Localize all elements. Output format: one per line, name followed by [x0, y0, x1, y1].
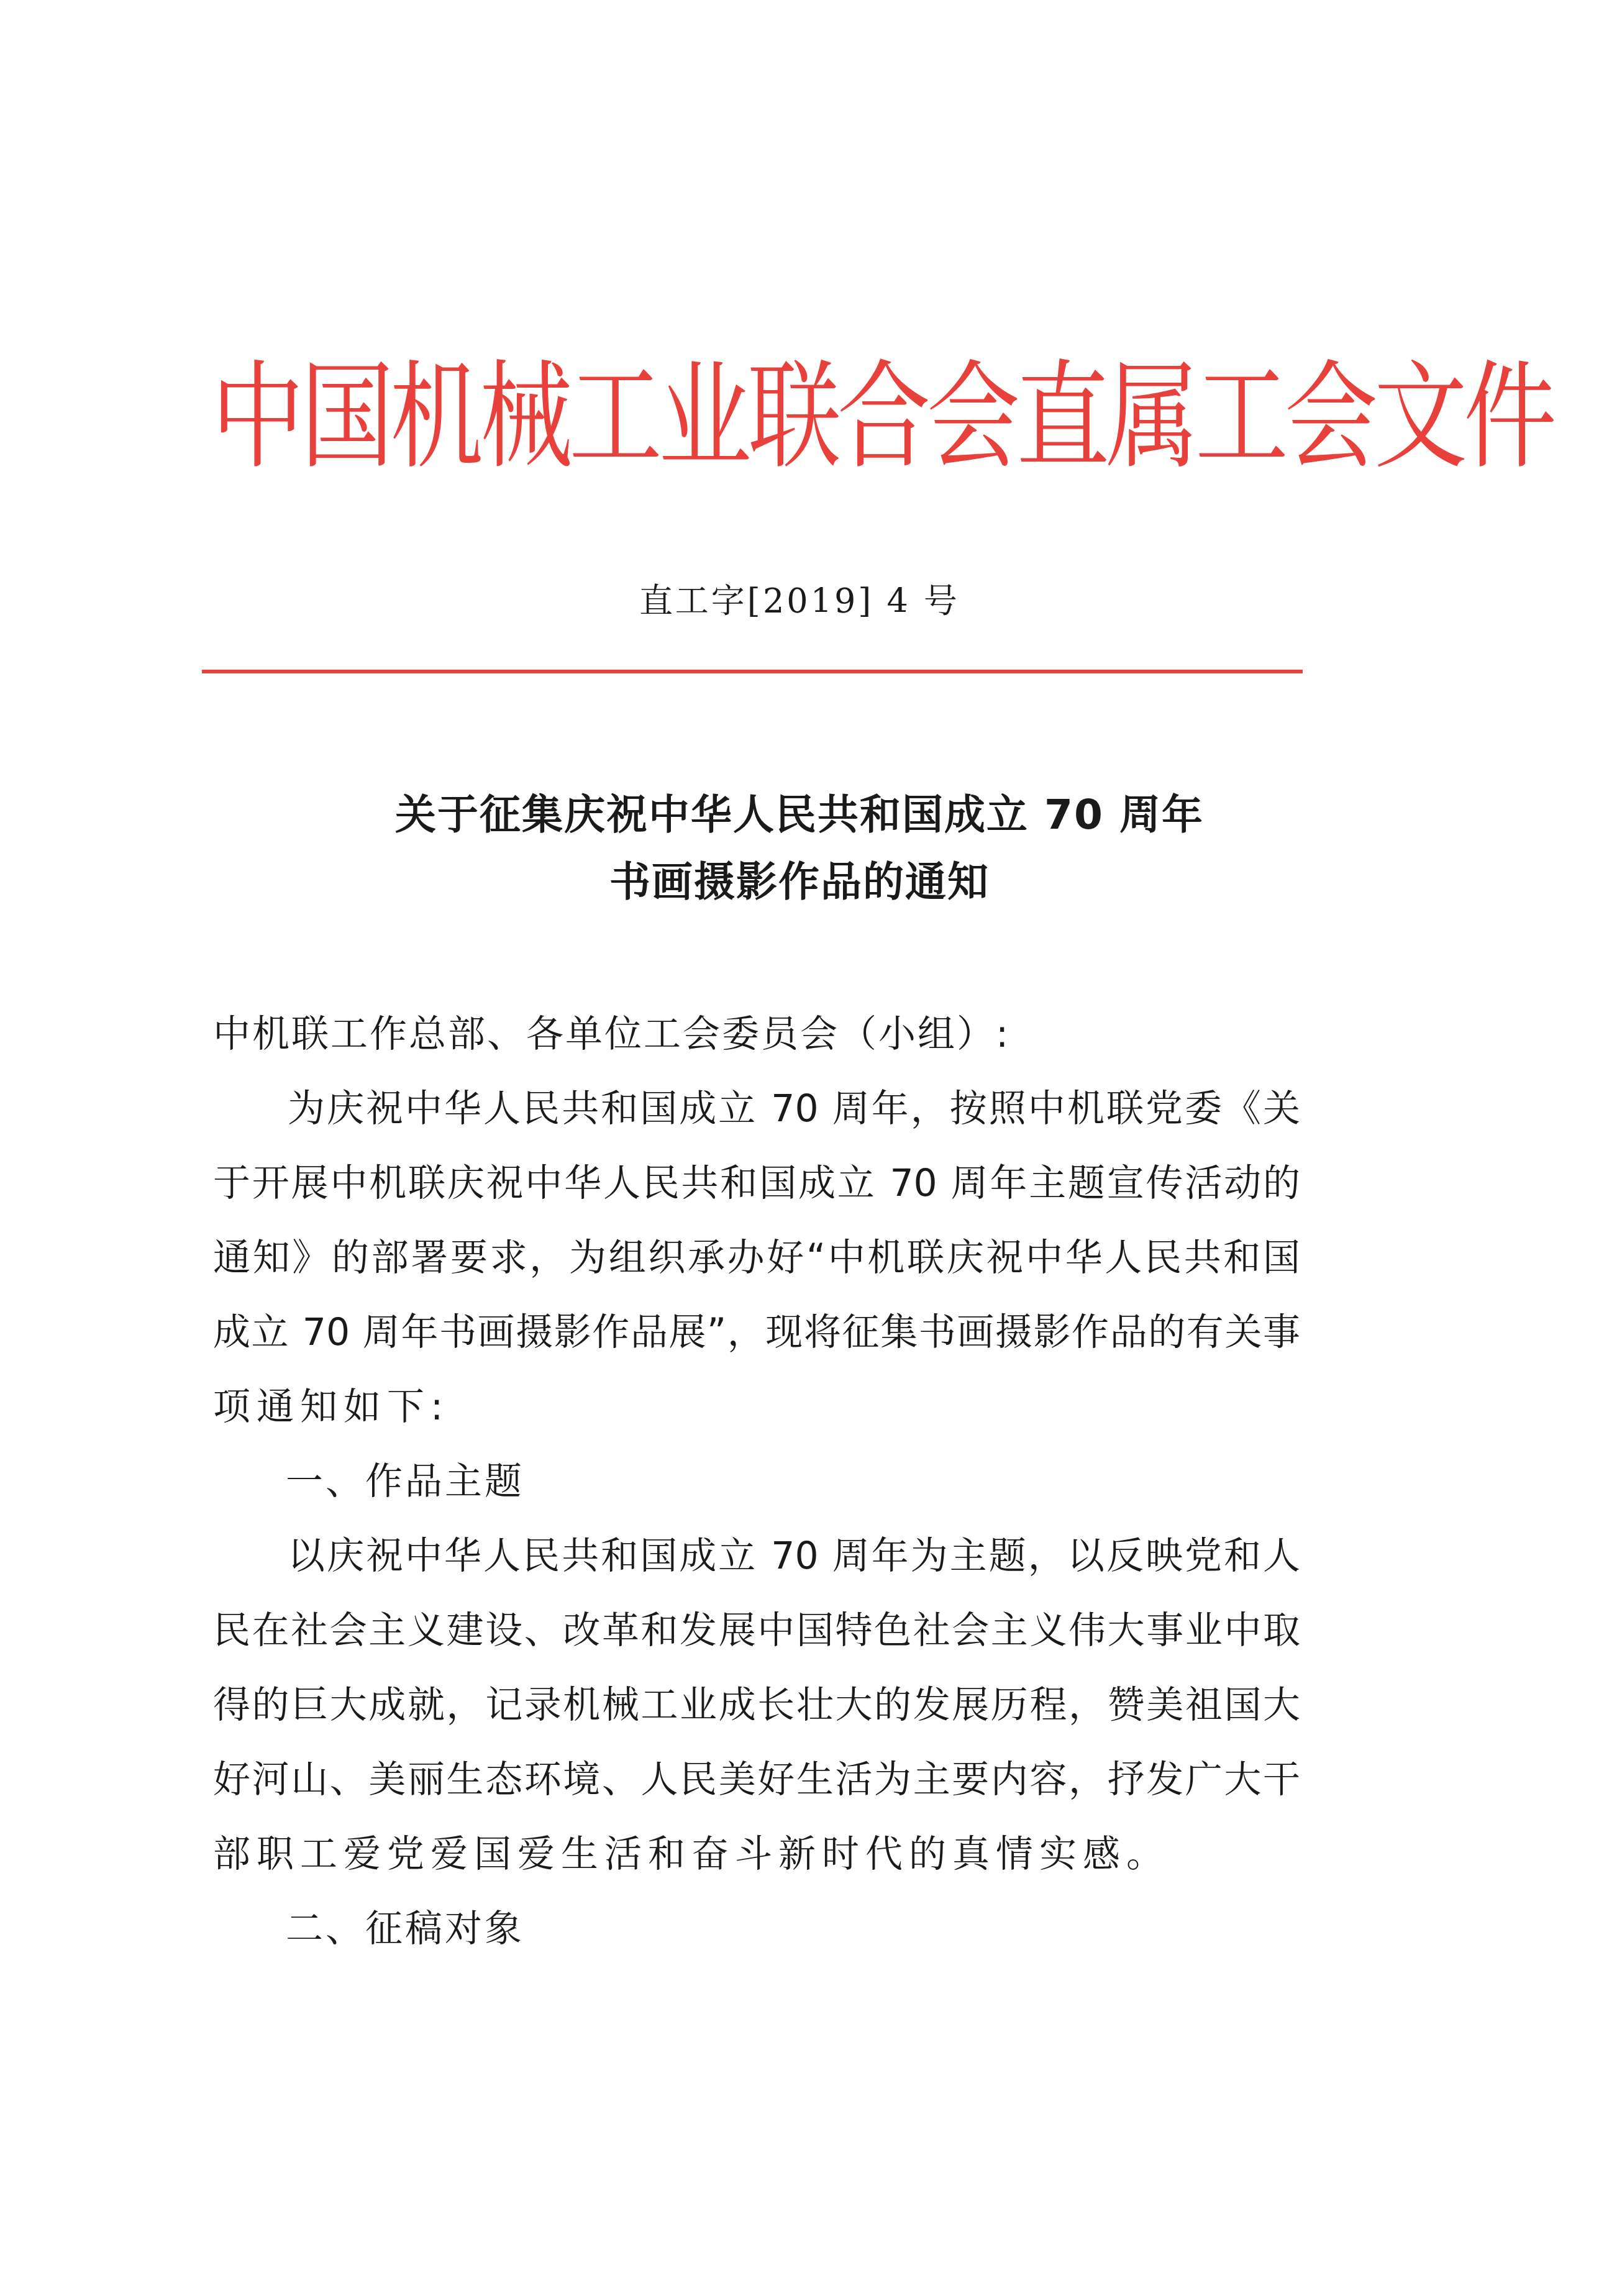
intro-line: 项通知如下: — [213, 1382, 1300, 1432]
section-line: 民在社会主义建设、改革和发展中国特色社会主义伟大事业中取 — [213, 1606, 1300, 1656]
document-number: 直工字[2019] 4 号 — [0, 575, 1599, 622]
intro-line: 通知》的部署要求，为组织承办好“中机联庆祝中华人民共和国 — [213, 1233, 1300, 1283]
section-heading-submitters: 二、征稿对象 — [286, 1904, 524, 1954]
issuer-header-title: 中国机械工业联合会直属工会文件 — [211, 348, 1305, 488]
intro-line: 成立 70 周年书画摄影作品展”，现将征集书画摄影作品的有关事 — [213, 1308, 1300, 1357]
notice-title-line-1: 关于征集庆祝中华人民共和国成立 70 周年 — [0, 781, 1599, 840]
intro-line: 于开展中机联庆祝中华人民共和国成立 70 周年主题宣传活动的 — [213, 1159, 1300, 1208]
section-heading-theme: 一、作品主题 — [286, 1457, 524, 1506]
notice-title-line-2: 书画摄影作品的通知 — [0, 849, 1599, 908]
section-line: 部职工爱党爱国爱生活和奋斗新时代的真情实感。 — [213, 1829, 1300, 1879]
section-line: 好河山、美丽生态环境、人民美好生活为主要内容，抒发广大干 — [213, 1755, 1300, 1805]
document-page: 中国机械工业联合会直属工会文件 直工字[2019] 4 号 关于征集庆祝中华人民… — [0, 0, 1599, 2296]
section-line: 得的巨大成就，记录机械工业成长壮大的发展历程，赞美祖国大 — [213, 1680, 1300, 1730]
intro-line: 为庆祝中华人民共和国成立 70 周年，按照中机联党委《关 — [288, 1084, 1300, 1134]
red-divider-rule — [202, 670, 1303, 673]
section-line: 以庆祝中华人民共和国成立 70 周年为主题，以反映党和人 — [288, 1531, 1300, 1581]
salutation: 中机联工作总部、各单位工会委员会（小组）: — [213, 1009, 1300, 1059]
